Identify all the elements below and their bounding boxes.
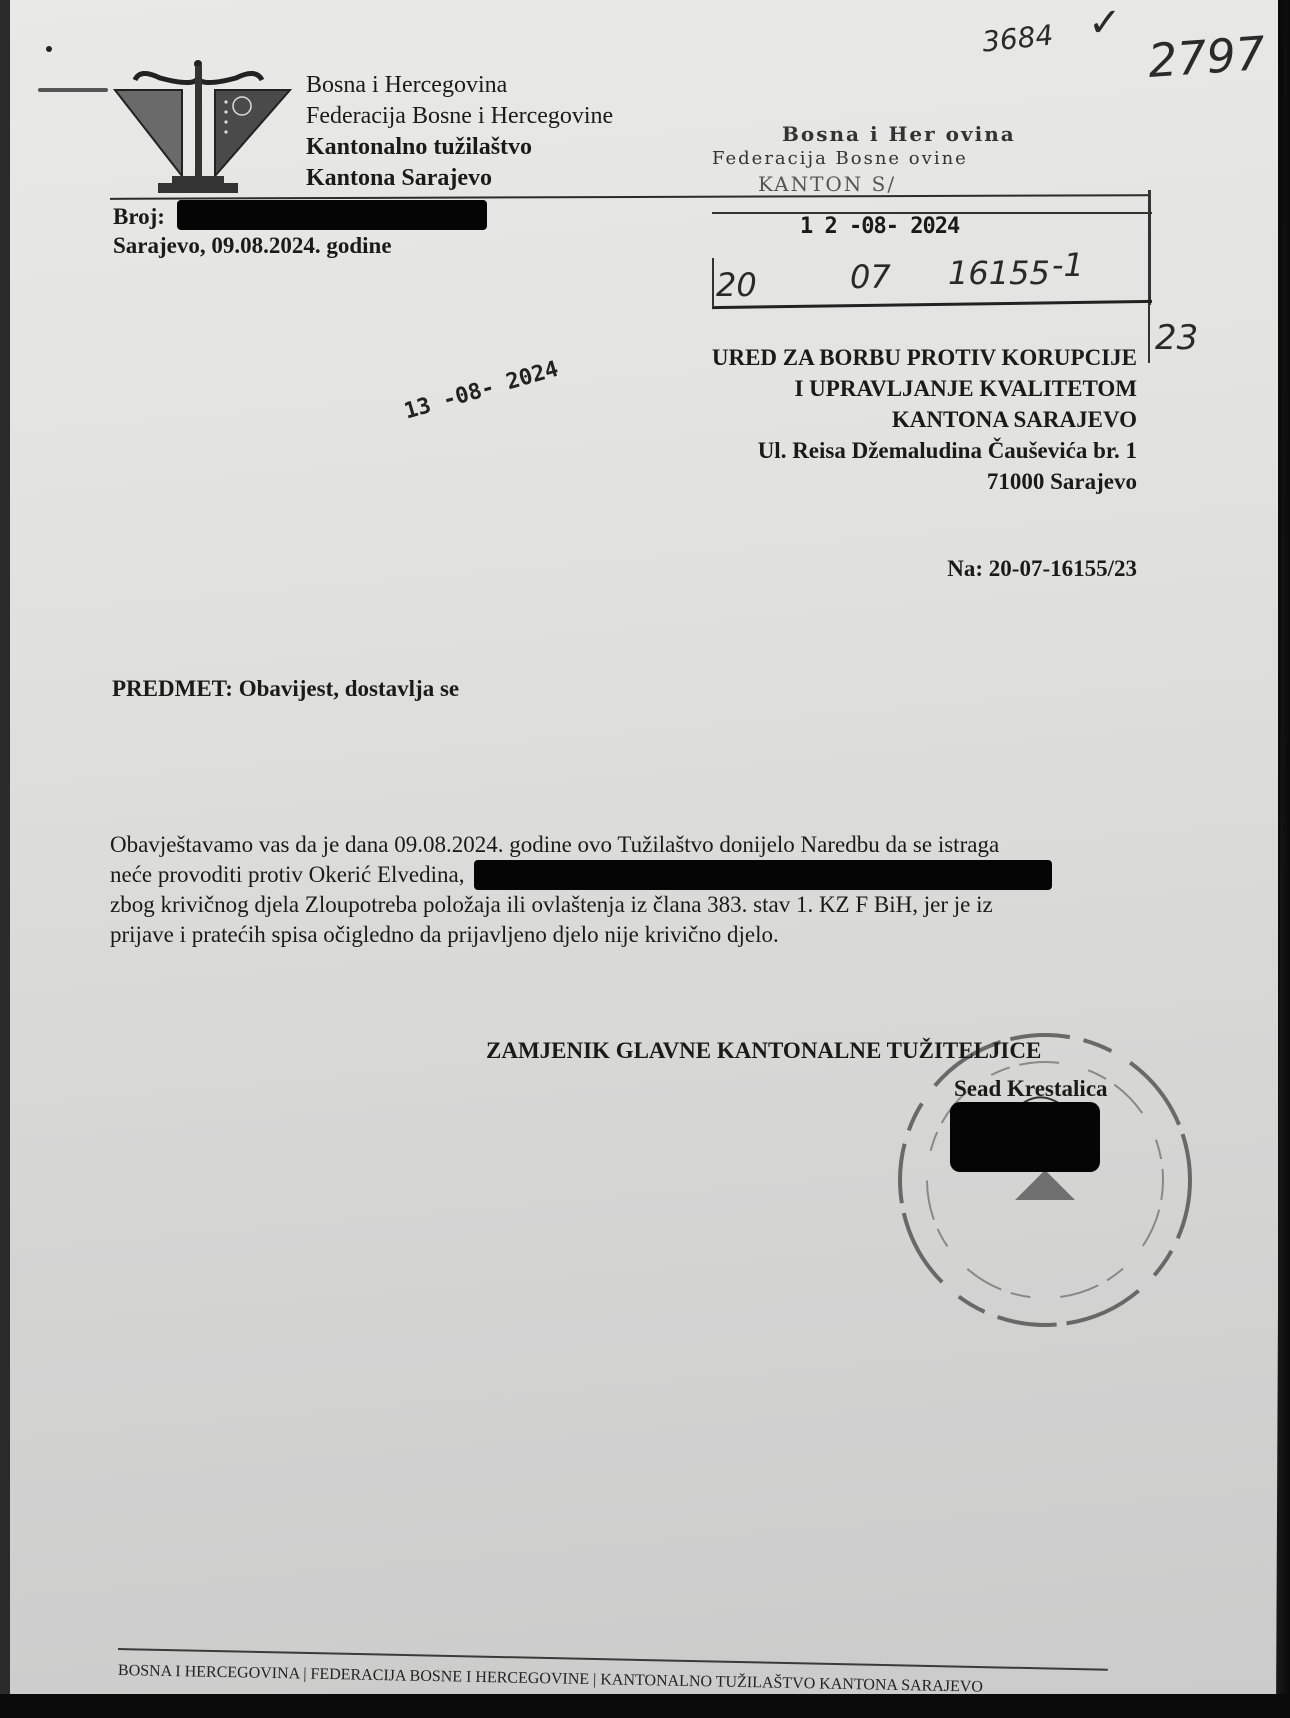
recipient-line: 71000 Sarajevo [712, 466, 1137, 497]
receipt-stamp: Bosna i Her ovina Federacija Bosne ovine… [700, 118, 1160, 318]
background-right-edge [1276, 0, 1290, 1718]
reference-block: Broj: Sarajevo, 09.08.2024. godine [113, 200, 487, 260]
broj-label: Broj: [113, 204, 165, 229]
handwritten-number-2: 2797 [1146, 26, 1267, 88]
letterhead-country: Bosna i Hercegovina [306, 70, 613, 101]
recipient-line: Ul. Reisa Džemaludina Čauševića br. 1 [712, 435, 1137, 466]
punch-mark [46, 46, 52, 52]
stamp-field-4: -1 [1052, 246, 1084, 284]
background-bottom-bar [0, 1694, 1290, 1718]
body-paragraph: Obavještavamo vas da je dana 09.08.2024.… [110, 830, 1140, 950]
recipient-line: I UPRAVLJANJE KVALITETOM [712, 373, 1137, 404]
handwritten-check: ✓ [1088, 0, 1122, 46]
official-seal-icon [885, 1020, 1205, 1340]
recipient-block: URED ZA BORBU PROTIV KORUPCIJE I UPRAVLJ… [712, 342, 1137, 497]
place-date: Sarajevo, 09.08.2024. godine [113, 231, 487, 260]
signatory-title: ZAMJENIK GLAVNE KANTONALNE TUŽITELJICE [486, 1038, 1041, 1064]
letterhead-canton: Kantona Sarajevo [306, 163, 613, 194]
stamp-line-1: Bosna i Her ovina [782, 122, 1016, 146]
body-line-3: zbog krivičnog djela Zloupotreba položaj… [110, 890, 1140, 920]
recipient-line: KANTONA SARAJEVO [712, 404, 1137, 435]
stamp-tail-line [1148, 303, 1150, 363]
broj-redaction [177, 200, 487, 230]
background-left-edge [0, 0, 10, 1718]
stamp-border-bottom [712, 300, 1152, 309]
letterhead-federation: Federacija Bosne i Hercegovine [306, 101, 613, 132]
stamp-field-3: 16155 [948, 254, 1050, 292]
stamp-line-3: KANTON S/ [758, 172, 896, 196]
signatory-name: Sead Krestalica [954, 1076, 1108, 1102]
body-line-2: neće provoditi protiv Okerić Elvedina, [110, 862, 464, 887]
fold-mark [38, 88, 108, 92]
letterhead-office: Kantonalno tužilaštvo [306, 132, 613, 163]
body-line-1: Obavještavamo vas da je dana 09.08.2024.… [110, 830, 1140, 860]
stamp-field-2: 07 [850, 258, 891, 296]
stamp-border-left [712, 258, 714, 306]
body-line-4: prijave i pratećih spisa očigledno da pr… [110, 920, 1140, 950]
handwritten-suffix: 23 [1155, 318, 1198, 358]
signature-redaction [950, 1102, 1100, 1172]
name-redaction [474, 860, 1052, 890]
stamp-line-2: Federacija Bosne ovine [712, 148, 968, 169]
stamp-field-1: 20 [716, 266, 757, 304]
stamp-date: 1 2 -08- 2024 [800, 214, 959, 239]
case-reference: Na: 20-07-16155/23 [947, 556, 1137, 582]
stamp-border-right [1148, 190, 1151, 305]
letterhead: Bosna i Hercegovina Federacija Bosne i H… [306, 70, 613, 194]
recipient-line: URED ZA BORBU PROTIV KORUPCIJE [712, 342, 1137, 373]
subject-line: PREDMET: Obavijest, dostavlja se [112, 676, 459, 702]
prosecutor-office-logo-icon [110, 58, 295, 198]
